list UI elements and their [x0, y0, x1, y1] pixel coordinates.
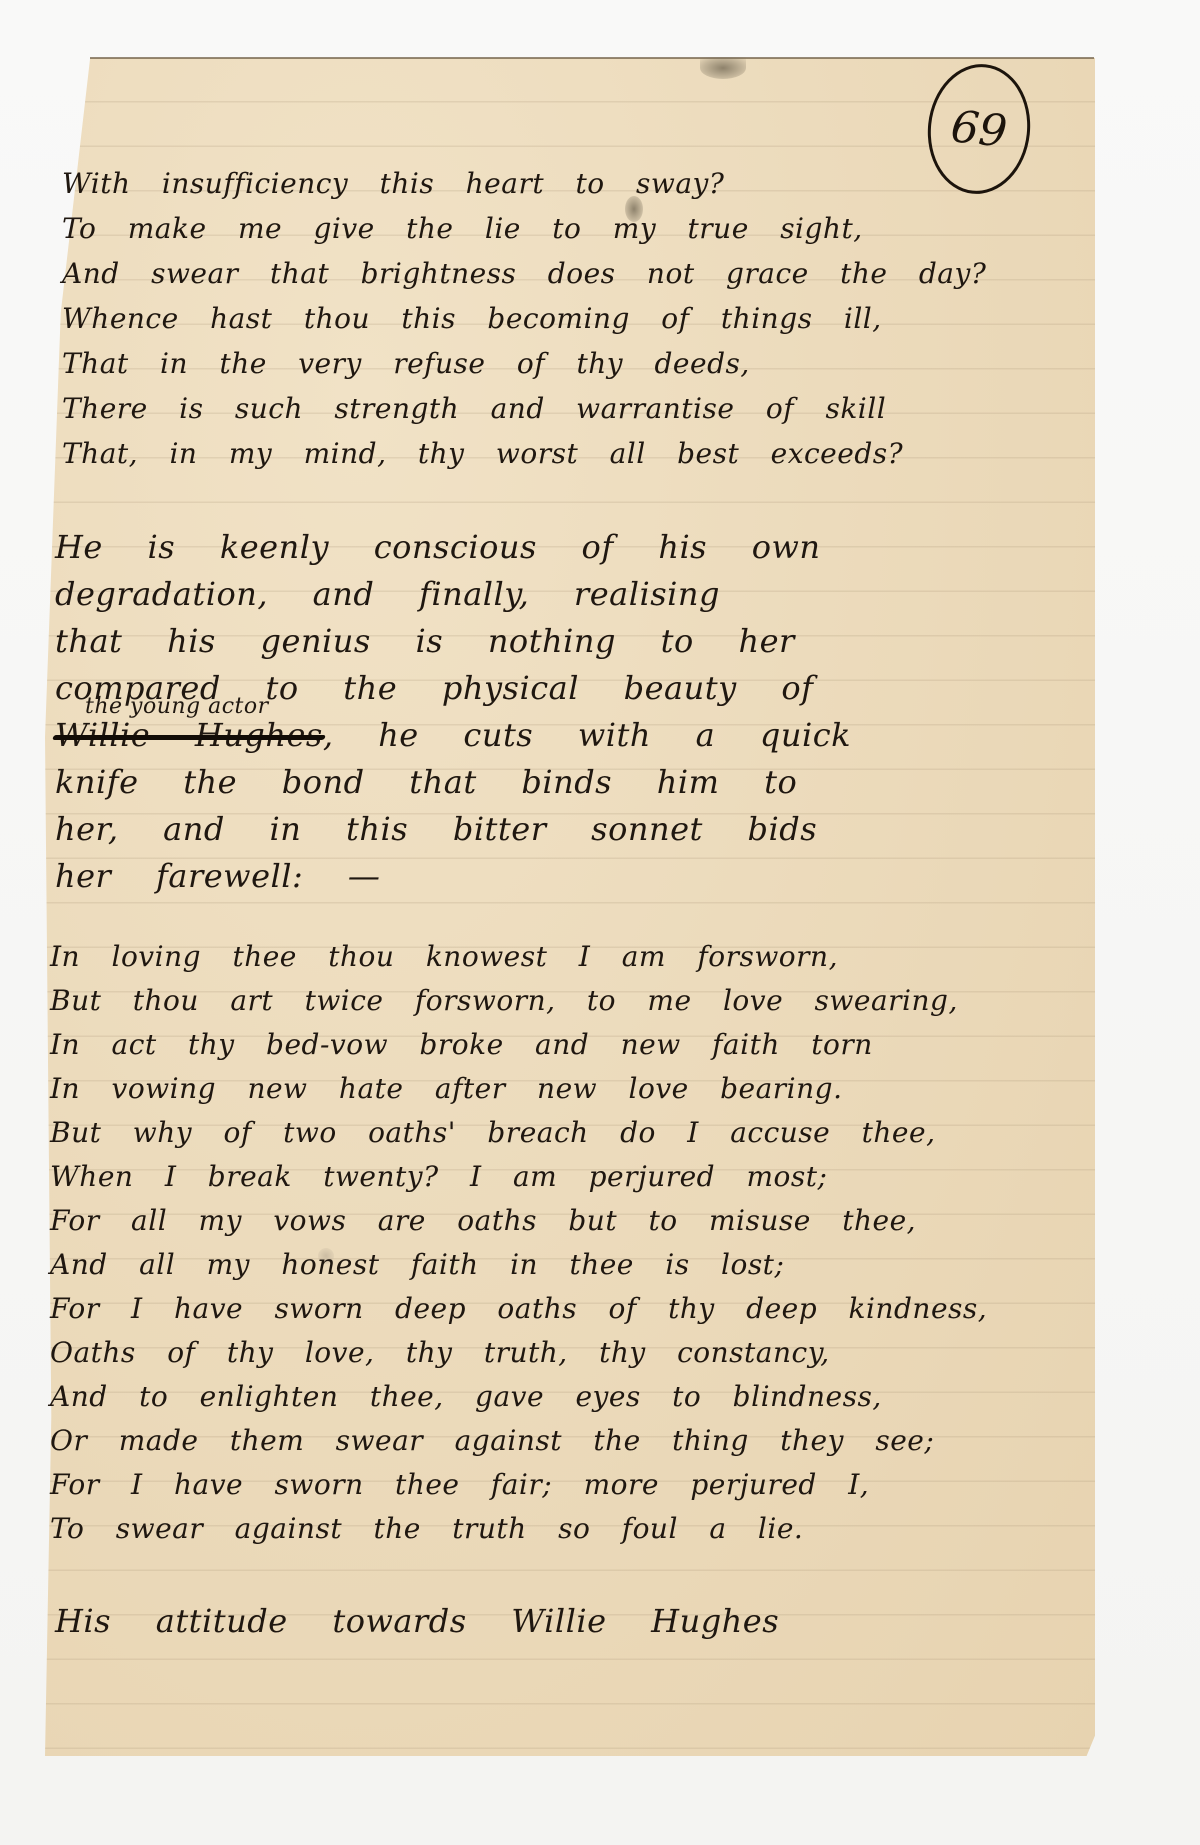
- closing-paragraph: His attitude towards Willie Hughes: [0, 0, 1200, 1845]
- scan-background: 69 With insufficiency this heart to sway…: [0, 0, 1200, 1845]
- prose-line: His attitude towards Willie Hughes: [55, 1602, 779, 1640]
